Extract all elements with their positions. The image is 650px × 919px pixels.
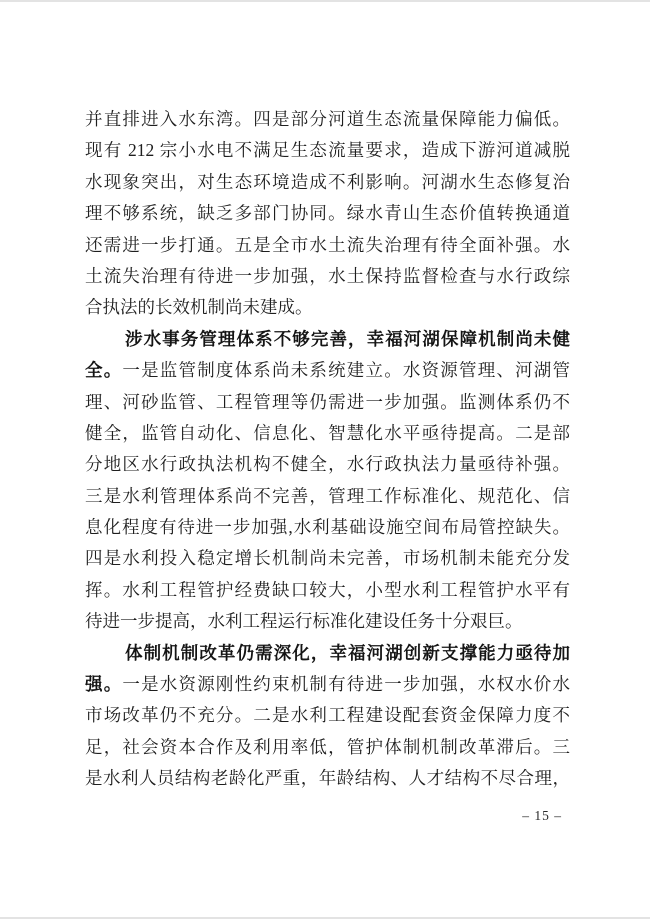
text-segment: 健全，监管自动化、信息化、智慧化水平亟待提高。二是部 (85, 423, 570, 443)
text-line: 并直排进入水东湾。四是部分河道生态流量保障能力偏低。 (85, 104, 570, 135)
text-line: 理不够系统，缺乏多部门协同。绿水青山生态价值转换通道 (85, 198, 570, 229)
paragraph: 体制机制改革仍需深化，幸福河湖创新支撑能力亟待加强。一是水资源刚性约束机制有待进… (85, 638, 570, 795)
text-line: 四是水利投入稳定增长机制尚未完善，市场机制未能充分发 (85, 543, 570, 574)
text-line: 健全，监管自动化、信息化、智慧化水平亟待提高。二是部 (85, 418, 570, 449)
text-line: 现有 212 宗小水电不满足生态流量要求，造成下游河道减脱 (85, 135, 570, 166)
scan-edge-top (0, 0, 650, 2)
text-line: 分地区水行政执法机构不健全，水行政执法力量亟待补强。 (85, 449, 570, 480)
text-line: 待进一步提高，水利工程运行标准化建设任务十分艰巨。 (85, 606, 570, 637)
text-line: 是水利人员结构老龄化严重，年龄结构、人才结构不尽合理， (85, 763, 570, 794)
text-segment-bold: 强。 (85, 674, 122, 694)
text-line: 土流失治理有待进一步加强，水土保持监督检查与水行政综 (85, 261, 570, 292)
text-segment: 土流失治理有待进一步加强，水土保持监督检查与水行政综 (85, 266, 570, 286)
text-segment: 水现象突出，对生态环境造成不利影响。河湖水生态修复治 (85, 172, 570, 192)
text-line: 合执法的长效机制尚未建成。 (85, 292, 570, 323)
text-segment-bold: 体制机制改革仍需深化，幸福河湖创新支撑能力亟待加 (125, 643, 570, 663)
text-segment-bold: 涉水事务管理体系不够完善，幸福河湖保障机制尚未健 (125, 329, 570, 349)
text-segment: 市场改革仍不充分。二是水利工程建设配套资金保障力度不 (85, 705, 570, 725)
text-segment: 三是水利管理体系尚不完善，管理工作标准化、规范化、信 (85, 486, 570, 506)
text-line: 水现象突出，对生态环境造成不利影响。河湖水生态修复治 (85, 167, 570, 198)
paragraph: 涉水事务管理体系不够完善，幸福河湖保障机制尚未健全。一是监管制度体系尚未系统建立… (85, 324, 570, 638)
text-line: 挥。水利工程管护经费缺口较大，小型水利工程管护水平有 (85, 575, 570, 606)
text-line: 强。一是水资源刚性约束机制有待进一步加强，水权水价水 (85, 669, 570, 700)
text-segment: 挥。水利工程管护经费缺口较大，小型水利工程管护水平有 (85, 580, 570, 600)
text-body: 并直排进入水东湾。四是部分河道生态流量保障能力偏低。现有 212 宗小水电不满足… (85, 104, 570, 795)
text-segment: 足，社会资本合作及利用率低，管护体制机制改革滞后。三 (85, 737, 570, 757)
text-segment: 四是水利投入稳定增长机制尚未完善，市场机制未能充分发 (85, 548, 570, 568)
text-line: 理、河砂监管、工程管理等仍需进一步加强。监测体系仍不 (85, 387, 570, 418)
text-line: 息化程度有待进一步加强,水利基础设施空间布局管控缺失。 (85, 512, 570, 543)
text-line: 市场改革仍不充分。二是水利工程建设配套资金保障力度不 (85, 700, 570, 731)
text-segment: 理不够系统，缺乏多部门协同。绿水青山生态价值转换通道 (85, 203, 570, 223)
text-segment: 现有 212 宗小水电不满足生态流量要求，造成下游河道减脱 (85, 140, 570, 160)
text-line: 还需进一步打通。五是全市水土流失治理有待全面补强。水 (85, 230, 570, 261)
text-segment: 息化程度有待进一步加强,水利基础设施空间布局管控缺失。 (85, 517, 570, 537)
text-line: 三是水利管理体系尚不完善，管理工作标准化、规范化、信 (85, 481, 570, 512)
text-segment: 是水利人员结构老龄化严重，年龄结构、人才结构不尽合理， (85, 768, 570, 788)
text-segment: 还需进一步打通。五是全市水土流失治理有待全面补强。水 (85, 235, 570, 255)
text-segment: 待进一步提高，水利工程运行标准化建设任务十分艰巨。 (85, 611, 523, 631)
text-line: 涉水事务管理体系不够完善，幸福河湖保障机制尚未健 (85, 324, 570, 355)
text-segment: 合执法的长效机制尚未建成。 (85, 297, 313, 317)
paragraph: 并直排进入水东湾。四是部分河道生态流量保障能力偏低。现有 212 宗小水电不满足… (85, 104, 570, 324)
text-segment-bold: 全。 (85, 360, 122, 380)
page-number: – 15 – (522, 806, 562, 826)
document-page: 并直排进入水东湾。四是部分河道生态流量保障能力偏低。现有 212 宗小水电不满足… (0, 0, 650, 919)
text-line: 体制机制改革仍需深化，幸福河湖创新支撑能力亟待加 (85, 638, 570, 669)
text-segment: 一是水资源刚性约束机制有待进一步加强，水权水价水 (122, 674, 570, 694)
text-segment: 分地区水行政执法机构不健全，水行政执法力量亟待补强。 (85, 454, 570, 474)
text-line: 全。一是监管制度体系尚未系统建立。水资源管理、河湖管 (85, 355, 570, 386)
text-line: 足，社会资本合作及利用率低，管护体制机制改革滞后。三 (85, 732, 570, 763)
text-segment: 一是监管制度体系尚未系统建立。水资源管理、河湖管 (122, 360, 570, 380)
text-segment: 理、河砂监管、工程管理等仍需进一步加强。监测体系仍不 (85, 392, 570, 412)
text-segment: 并直排进入水东湾。四是部分河道生态流量保障能力偏低。 (85, 109, 570, 129)
